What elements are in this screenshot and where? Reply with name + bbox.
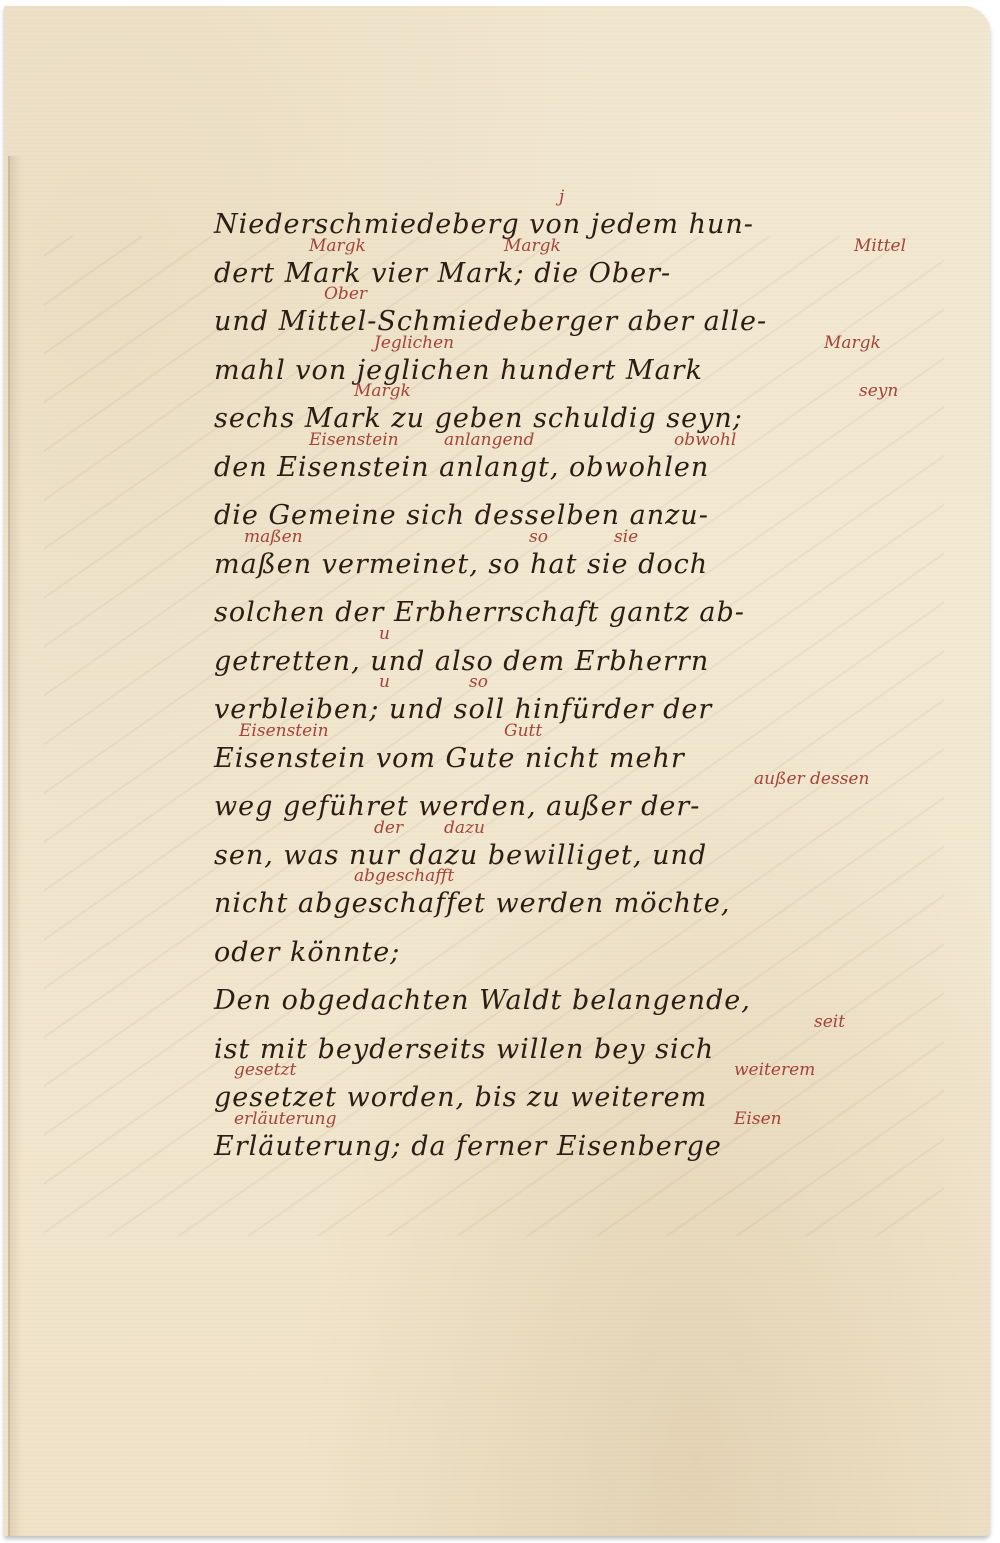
manuscript-page: Niederschmiedeberg von jedem hun-jdert M… <box>4 6 990 1536</box>
line-text: Erläuterung; da ferner Eisenberge <box>214 1131 722 1162</box>
line-text: solchen der Erbherrschaft gantz ab- <box>214 597 745 628</box>
red-ink-correction: Mittel <box>854 236 906 256</box>
line-text: Den obgedachten Waldt belangende, <box>214 985 751 1016</box>
red-ink-correction: der <box>374 818 403 838</box>
manuscript-line: maßen vermeinet, so hat sie dochmaßensos… <box>214 541 984 590</box>
red-ink-correction: Jeglichen <box>374 333 454 353</box>
manuscript-line: solchen der Erbherrschaft gantz ab- <box>214 589 984 638</box>
manuscript-line: oder könnte; <box>214 929 984 978</box>
line-text: maßen vermeinet, so hat sie doch <box>214 549 708 580</box>
red-ink-correction: seyn <box>859 381 898 401</box>
line-text: dert Mark vier Mark; die Ober- <box>214 258 671 289</box>
line-text: den Eisenstein anlangt, obwohlen <box>214 452 709 483</box>
handwritten-text-block: Niederschmiedeberg von jedem hun-jdert M… <box>214 201 984 1171</box>
line-text: Niederschmiedeberg von jedem hun- <box>214 209 754 240</box>
red-ink-correction: gesetzt <box>234 1060 296 1080</box>
red-ink-correction: maßen <box>244 527 303 547</box>
manuscript-line: den Eisenstein anlangt, obwohlenEisenste… <box>214 444 984 493</box>
red-ink-correction: abgeschafft <box>354 866 454 886</box>
manuscript-line: ist mit beyderseits willen bey sichseit <box>214 1026 984 1075</box>
red-ink-correction: Eisenstein <box>239 721 329 741</box>
red-ink-correction: Margk <box>354 381 411 401</box>
line-text: getretten, und also dem Erbherrn <box>214 646 709 677</box>
manuscript-line: Den obgedachten Waldt belangende, <box>214 977 984 1026</box>
red-ink-correction: sie <box>614 527 638 547</box>
manuscript-line: weg geführet werden, außer der-außer des… <box>214 783 984 832</box>
manuscript-line: verbleiben; und soll hinfürder deruso <box>214 686 984 735</box>
line-text: Eisenstein vom Gute nicht mehr <box>214 743 685 774</box>
line-text: sen, was nur dazu bewilliget, und <box>214 840 707 871</box>
red-ink-correction: Margk <box>504 236 561 256</box>
binding-edge <box>8 156 22 1536</box>
red-ink-correction: weiterem <box>734 1060 815 1080</box>
red-ink-correction: Eisen <box>734 1109 782 1129</box>
red-ink-correction: seit <box>814 1012 845 1032</box>
manuscript-line: getretten, und also dem Erbherrnu <box>214 638 984 687</box>
red-ink-correction: obwohl <box>674 430 736 450</box>
red-ink-correction: Margk <box>824 333 881 353</box>
red-ink-correction: so <box>529 527 548 547</box>
red-ink-correction: u <box>379 672 390 692</box>
red-ink-correction: j <box>559 187 564 207</box>
red-ink-correction: erläuterung <box>234 1109 337 1129</box>
line-text: mahl von jeglichen hundert Mark <box>214 355 703 386</box>
red-ink-correction: Margk <box>309 236 366 256</box>
line-text: und Mittel-Schmiedeberger aber alle- <box>214 306 767 337</box>
manuscript-line: Erläuterung; da ferner Eisenbergeerläute… <box>214 1123 984 1172</box>
red-ink-correction: dazu <box>444 818 485 838</box>
line-text: oder könnte; <box>214 937 400 968</box>
manuscript-line: die Gemeine sich desselben anzu- <box>214 492 984 541</box>
red-ink-correction: Ober <box>324 284 367 304</box>
manuscript-line: nicht abgeschaffet werden möchte,abgesch… <box>214 880 984 929</box>
red-ink-correction: u <box>379 624 390 644</box>
line-text: nicht abgeschaffet werden möchte, <box>214 888 730 919</box>
red-ink-correction: Gutt <box>504 721 542 741</box>
manuscript-line: sen, was nur dazu bewilliget, undderdazu <box>214 832 984 881</box>
red-ink-correction: anlangend <box>444 430 534 450</box>
red-ink-correction: außer dessen <box>754 769 869 789</box>
red-ink-correction: so <box>469 672 488 692</box>
red-ink-correction: Eisenstein <box>309 430 399 450</box>
